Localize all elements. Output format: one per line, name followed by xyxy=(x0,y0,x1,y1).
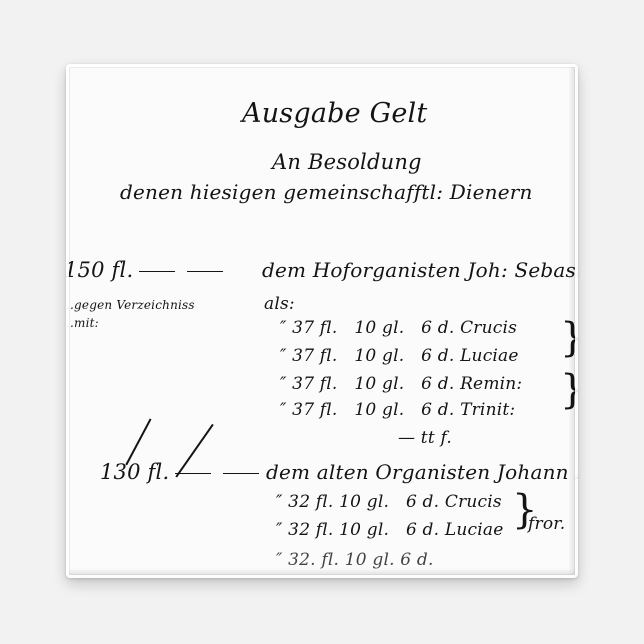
section-2-recipient: dem alten Organisten Johann E. xyxy=(266,460,578,484)
manuscript-subheading-2: denen hiesigen gemeinschafftl: Dienern xyxy=(120,180,533,204)
section-1-margin-note: ...gegen Verzeichniss xyxy=(66,298,195,312)
ledger-entry: ″ 32 fl. 10 gl. 6 d. Crucis xyxy=(276,492,502,512)
ledger-entry: ″ 37 fl. 10 gl. 6 d. Remin: xyxy=(280,374,522,394)
brace-mark: } xyxy=(560,370,578,410)
section-1-label: als: xyxy=(264,294,295,314)
section-1-margin-note: ...mit: xyxy=(66,316,99,330)
section-1-amount: 150 fl. xyxy=(66,258,229,282)
ledger-entry: ″ 37 fl. 10 gl. 6 d. Crucis xyxy=(280,318,517,338)
ceramic-tile: Ausgabe Gelt An Besoldung denen hiesigen… xyxy=(66,64,578,578)
manuscript-heading: Ausgabe Gelt xyxy=(242,98,427,129)
brace-mark: } xyxy=(560,318,578,358)
cut-off-entry: ″ 32. fl. 10 gl. 6 d. xyxy=(276,550,434,570)
pen-stroke xyxy=(125,418,151,465)
tile-edge-shadow xyxy=(66,569,578,578)
ledger-entry: ″ 37 fl. 10 gl. 6 d. Luciae xyxy=(280,346,519,366)
ledger-entry: ″ 37 fl. 10 gl. 6 d. Trinit: xyxy=(280,400,515,420)
section-1-total-mark: — tt f. xyxy=(398,428,452,448)
section-1-recipient: dem Hoforganisten Joh: Sebast. xyxy=(262,258,578,282)
section-2-amount: 130 fl. xyxy=(100,460,265,484)
manuscript-subheading: An Besoldung xyxy=(272,150,422,174)
section-2-side-note: fror. xyxy=(528,514,565,534)
ledger-entry: ″ 32 fl. 10 gl. 6 d. Luciae xyxy=(276,520,503,540)
